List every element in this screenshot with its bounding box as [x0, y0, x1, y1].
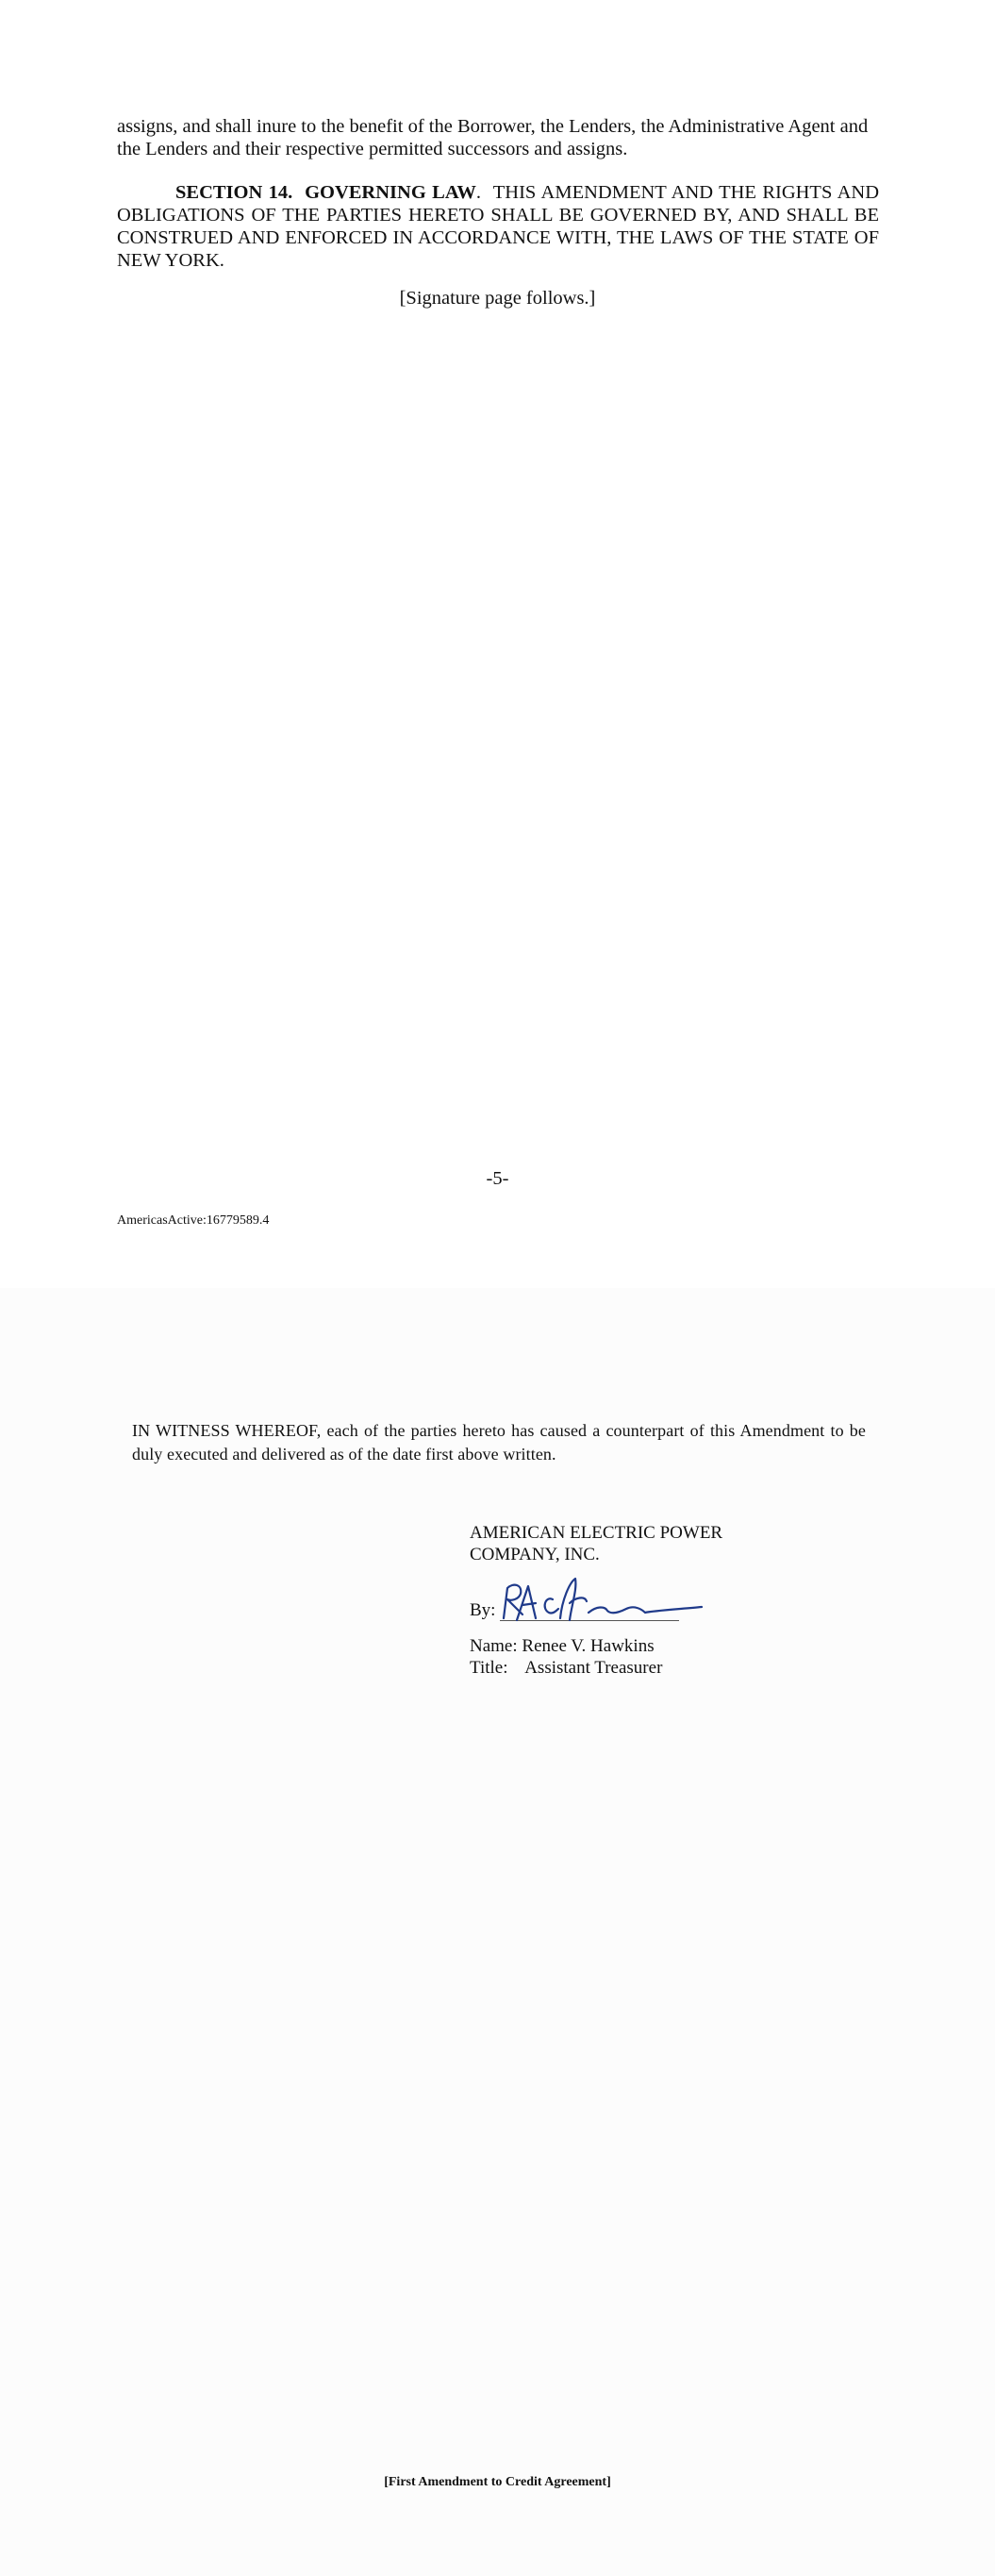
- by-row: By:: [470, 1592, 781, 1624]
- signatory-name-row: Name: Renee V. Hawkins: [470, 1635, 781, 1657]
- signature-page: [0, 1288, 995, 2576]
- document-page-5: assigns, and shall inure to the benefit …: [0, 0, 995, 1288]
- page-number: -5-: [0, 1168, 995, 1190]
- section-heading-suffix: .: [476, 182, 481, 203]
- page-footer: [First Amendment to Credit Agreement]: [0, 2475, 995, 2490]
- name-label: Name:: [470, 1636, 518, 1656]
- signature-block: AMERICAN ELECTRIC POWER COMPANY, INC. By…: [470, 1522, 781, 1679]
- signatory-name: Renee V. Hawkins: [522, 1636, 654, 1656]
- signatory-title-row: Title: Assistant Treasurer: [470, 1657, 781, 1679]
- signature-page-note: [Signature page follows.]: [0, 288, 995, 309]
- witness-paragraph: IN WITNESS WHEREOF, each of the parties …: [132, 1419, 866, 1466]
- witness-lead: IN WITNESS WHEREOF,: [132, 1421, 321, 1440]
- title-label: Title:: [470, 1658, 508, 1678]
- by-label: By:: [470, 1599, 495, 1621]
- company-name-line2: COMPANY, INC.: [470, 1544, 781, 1565]
- signatory-title: Assistant Treasurer: [524, 1658, 662, 1678]
- company-name-line1: AMERICAN ELECTRIC POWER: [470, 1522, 781, 1544]
- section-number: SECTION 14.: [175, 182, 292, 203]
- section-14-paragraph: SECTION 14. GOVERNING LAW. THIS AMENDMEN…: [117, 181, 879, 272]
- continuation-paragraph: assigns, and shall inure to the benefit …: [117, 115, 879, 160]
- handwritten-signature-icon: [494, 1571, 721, 1628]
- document-id: AmericasActive:16779589.4: [117, 1213, 269, 1229]
- section-heading: GOVERNING LAW: [305, 182, 476, 203]
